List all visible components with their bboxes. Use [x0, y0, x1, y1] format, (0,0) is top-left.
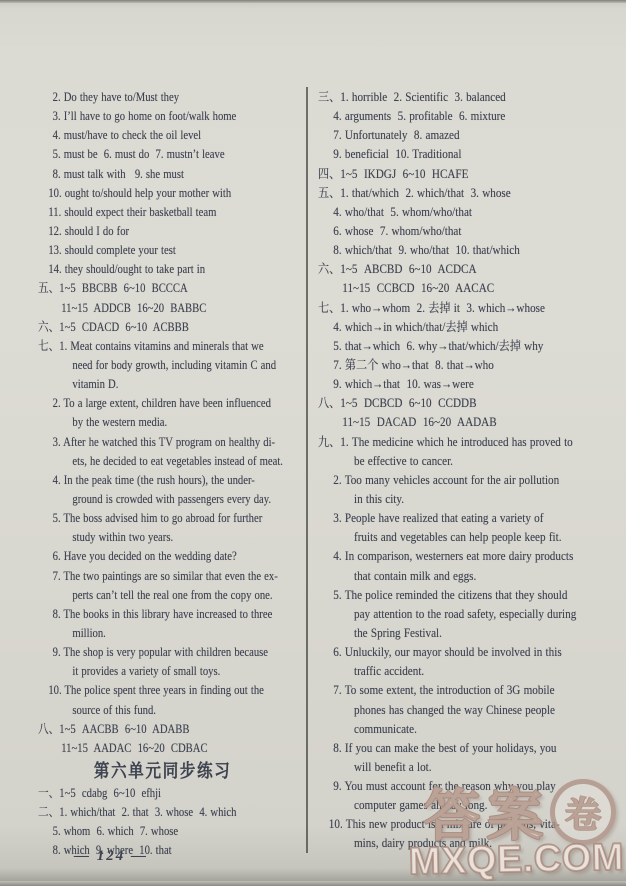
answer-line: 13. should complete your test — [38, 241, 305, 260]
answer-line: 8. If you can make the best of your holi… — [318, 739, 619, 758]
answer-line: 3. I’ll have to go home on foot/walk hom… — [38, 107, 305, 126]
answer-line: 9. which→that 10. was→were — [318, 375, 619, 394]
answer-line: fruits and vegetables can help people ke… — [318, 528, 619, 547]
answer-line: 2. Do they have to/Must they — [38, 88, 305, 107]
answer-line: the Spring Festival. — [318, 624, 619, 643]
answer-line: 4. In comparison, westerners eat more da… — [318, 547, 619, 566]
answer-line: phones has changed the way Chinese peopl… — [318, 701, 619, 720]
answer-line: communicate. — [318, 720, 619, 739]
answer-line: 3. People have realized that eating a va… — [318, 509, 619, 528]
answer-line: 9. beneficial 10. Traditional — [318, 145, 619, 164]
answer-line: pay attention to the road safety, especi… — [318, 605, 619, 624]
answer-line: 4. arguments 5. profitable 6. mixture — [318, 107, 619, 126]
answer-line: 八、1~5 AACBB 6~10 ADABB — [38, 720, 305, 739]
answer-line: be effective to cancer. — [318, 452, 619, 471]
answer-line: 10. The police spent three years in find… — [38, 681, 305, 700]
answer-line: 五、1. that/which 2. which/that 3. whose — [318, 184, 619, 203]
answer-line: 4. who/that 5. whom/who/that — [318, 203, 619, 222]
answer-line: 六、1~5 CDACD 6~10 ACBBB — [38, 318, 305, 337]
answer-line: study within two years. — [38, 528, 305, 547]
answer-line: 8. which/that 9. who/that 10. that/which — [318, 241, 619, 260]
answer-line: vitamin D. — [38, 375, 305, 394]
answer-line: 九、1. The medicine which he introduced ha… — [318, 433, 619, 452]
answer-line: ground is crowded with passengers every … — [38, 490, 305, 509]
answer-line: 2. To a large extent, children have been… — [38, 394, 305, 413]
answer-line: million. — [38, 624, 305, 643]
scan-edge-top — [0, 0, 626, 3]
scan-edge-bottom — [0, 881, 626, 886]
answer-line: mins, dairy products and milk. — [318, 834, 619, 853]
answer-line: 11~15 CCBCD 16~20 AACAC — [318, 279, 619, 298]
unit-heading: 第六单元同步练习 — [38, 758, 305, 784]
answer-line: by the western media. — [38, 413, 305, 432]
answer-line: 7. To some extent, the introduction of 3… — [318, 681, 619, 700]
answer-line: 8. The books in this library have increa… — [38, 605, 305, 624]
answer-line: traffic accident. — [318, 662, 619, 681]
answer-line: need for body growth, including vitamin … — [38, 356, 305, 375]
answer-line: 11~15 ADDCB 16~20 BABBC — [38, 299, 305, 318]
page-number: — 124 — — [74, 848, 148, 865]
answer-line: 8. must talk with 9. she must — [38, 165, 305, 184]
answer-line: 五、1~5 BBCBB 6~10 BCCCA — [38, 279, 305, 298]
answer-line: 4. In the peak time (the rush hours), th… — [38, 471, 305, 490]
column-divider — [306, 87, 308, 853]
answer-line: 7. The two paintings are so similar that… — [38, 567, 305, 586]
answer-line: 10. This new product is a mixture of pro… — [318, 815, 619, 834]
answer-line: 9. You must account for the reason why y… — [318, 777, 619, 796]
answers-column-right: 三、1. horrible 2. Scientific 3. balanced4… — [318, 88, 619, 854]
answer-line: 三、1. horrible 2. Scientific 3. balanced — [318, 88, 619, 107]
answer-line: 3. After he watched this TV program on h… — [38, 433, 305, 452]
answer-line: 9. The shop is very popular with childre… — [38, 643, 305, 662]
answer-line: 5. whom 6. which 7. whose — [38, 822, 305, 841]
answer-line: ets, he decided to eat vegetables instea… — [38, 452, 305, 471]
answer-line: 4. must/have to check the oil level — [38, 126, 305, 145]
answers-column-left: 2. Do they have to/Must they3. I’ll have… — [38, 88, 305, 860]
answer-line: will benefit a lot. — [318, 758, 619, 777]
answer-line: 5. The police reminded the citizens that… — [318, 586, 619, 605]
answer-line: 11~15 AADAC 16~20 CDBAC — [38, 739, 305, 758]
answer-line: 一、1~5 cdabg 6~10 efhji — [38, 784, 305, 803]
answer-line: computer games all day long. — [318, 796, 619, 815]
answer-line: 11. should expect their basketball team — [38, 203, 305, 222]
answer-line: 二、1. which/that 2. that 3. whose 4. whic… — [38, 803, 305, 822]
answer-line: that contain milk and eggs. — [318, 567, 619, 586]
answer-line: 7. 第二个 who→that 8. that→who — [318, 356, 619, 375]
answer-line: 5. that→which 6. why→that/which/去掉 why — [318, 337, 619, 356]
answer-line: it provides a variety of small toys. — [38, 662, 305, 681]
answer-line: 6. Unluckily, our mayor should be involv… — [318, 643, 619, 662]
scanned-answer-page: 2. Do they have to/Must they3. I’ll have… — [0, 0, 626, 886]
answer-line: 12. should I do for — [38, 222, 305, 241]
answer-line: 10. ought to/should help your mother wit… — [38, 184, 305, 203]
answer-line: 7. Unfortunately 8. amazed — [318, 126, 619, 145]
answer-line: 11~15 DACAD 16~20 AADAB — [318, 413, 619, 432]
answer-line: 七、1. who→whom 2. 去掉 it 3. which→whose — [318, 299, 619, 318]
answer-line: 四、1~5 IKDGJ 6~10 HCAFE — [318, 165, 619, 184]
answer-line: source of this fund. — [38, 701, 305, 720]
answer-line: 5. The boss advised him to go abroad for… — [38, 509, 305, 528]
answer-line: 6. Have you decided on the wedding date? — [38, 547, 305, 566]
answer-line: perts can’t tell the real one from the c… — [38, 586, 305, 605]
answer-line: 2. Too many vehicles account for the air… — [318, 471, 619, 490]
answer-line: 5. must be 6. must do 7. mustn’t leave — [38, 145, 305, 164]
answer-line: 八、1~5 DCBCD 6~10 CCDDB — [318, 394, 619, 413]
answer-line: 6. whose 7. whom/who/that — [318, 222, 619, 241]
answer-line: 14. they should/ought to take part in — [38, 260, 305, 279]
answer-line: 六、1~5 ABCBD 6~10 ACDCA — [318, 260, 619, 279]
answer-line: 七、1. Meat contains vitamins and minerals… — [38, 337, 305, 356]
answer-line: 4. which→in which/that/去掉 which — [318, 318, 619, 337]
answer-line: in this city. — [318, 490, 619, 509]
